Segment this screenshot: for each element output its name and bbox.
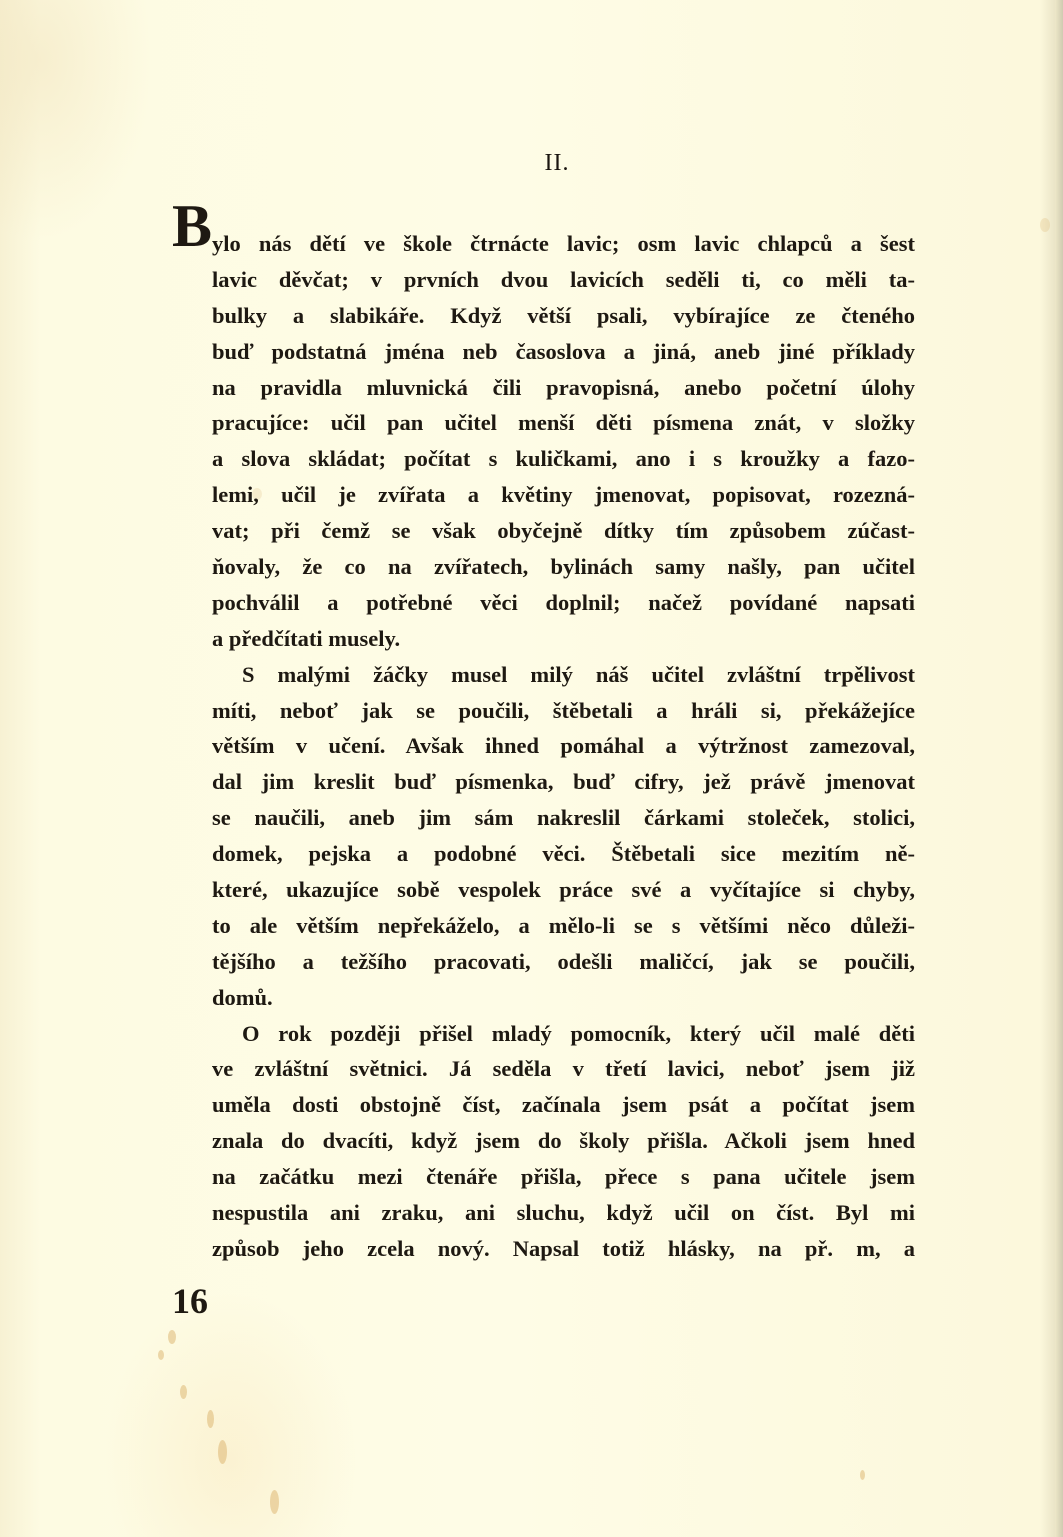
foxing-spot	[158, 1350, 164, 1360]
foxing-spot	[207, 1410, 214, 1428]
text-line: dal jim kreslit buď písmenka, buď cifry,…	[212, 764, 915, 800]
text-line: na začátku mezi čtenáře přišla, přece s …	[212, 1159, 915, 1195]
text-line: vat; při čemž se však obyčejně dítky tím…	[212, 513, 915, 549]
text-line: a předčítati musely.	[212, 621, 915, 657]
text-line: způsob jeho zcela nový. Napsal totiž hlá…	[212, 1231, 915, 1267]
text-line: O rok později přišel mladý pomocník, kte…	[212, 1016, 915, 1052]
text-line: na pravidla mluvnická čili pravopisná, a…	[212, 370, 915, 406]
paragraph: ylo nás dětí ve škole čtrnácte lavic; os…	[212, 226, 915, 657]
foxing-spot	[168, 1330, 176, 1344]
text-line: domek, pejska a podobné věci. Štěbetali …	[212, 836, 915, 872]
text-line: lavic děvčat; v prvních dvou lavicích se…	[212, 262, 915, 298]
chapter-title: II.	[0, 150, 1063, 177]
text-line: míti, neboť jak se poučili, štěbetali a …	[212, 693, 915, 729]
foxing-spot	[218, 1440, 227, 1464]
page-edge-shadow	[1055, 0, 1063, 1537]
drop-cap: B	[172, 196, 212, 256]
text-line: buď podstatná jména neb časoslova a jiná…	[212, 334, 915, 370]
text-line: větším v učení. Avšak ihned pomáhal a vý…	[212, 728, 915, 764]
paragraph: O rok později přišel mladý pomocník, kte…	[212, 1016, 915, 1267]
foxing-spot	[1040, 218, 1050, 232]
text-line: domů.	[212, 980, 915, 1016]
text-line: tějšího a težšího pracovati, odešli mali…	[212, 944, 915, 980]
text-line: se naučili, aneb jim sám nakreslil čárka…	[212, 800, 915, 836]
text-line: pracujíce: učil pan učitel menší děti pí…	[212, 405, 915, 441]
text-line: to ale větším nepřekáželo, a mělo-li se …	[212, 908, 915, 944]
page-number: 16	[172, 1281, 208, 1321]
text-line: uměla dosti obstojně číst, začínala jsem…	[212, 1087, 915, 1123]
foxing-spot	[270, 1490, 279, 1514]
text-line: S malými žáčky musel milý náš učitel zvl…	[212, 657, 915, 693]
body-text: ylo nás dětí ve škole čtrnácte lavic; os…	[212, 226, 915, 1267]
text-line: lemi, učil je zvířata a květiny jmenovat…	[212, 477, 915, 513]
text-line: nespustila ani zraku, ani sluchu, když u…	[212, 1195, 915, 1231]
foxing-spot	[860, 1470, 865, 1480]
book-page: II. B ylo nás dětí ve škole čtrnácte lav…	[0, 0, 1063, 1537]
text-line: znala do dvacíti, když jsem do školy při…	[212, 1123, 915, 1159]
text-line: které, ukazujíce sobě vespolek práce své…	[212, 872, 915, 908]
text-line: a slova skládat; počítat s kuličkami, an…	[212, 441, 915, 477]
text-line: bulky a slabikáře. Když větší psali, vyb…	[212, 298, 915, 334]
text-line: ylo nás dětí ve škole čtrnácte lavic; os…	[212, 226, 915, 262]
text-line: ve zvláštní světnici. Já seděla v třetí …	[212, 1051, 915, 1087]
text-line: pochválil a potřebné věci doplnil; načež…	[212, 585, 915, 621]
paragraph: S malými žáčky musel milý náš učitel zvl…	[212, 657, 915, 1016]
text-line: ňovaly, že co na zvířatech, bylinách sam…	[212, 549, 915, 585]
foxing-spot	[180, 1385, 187, 1399]
